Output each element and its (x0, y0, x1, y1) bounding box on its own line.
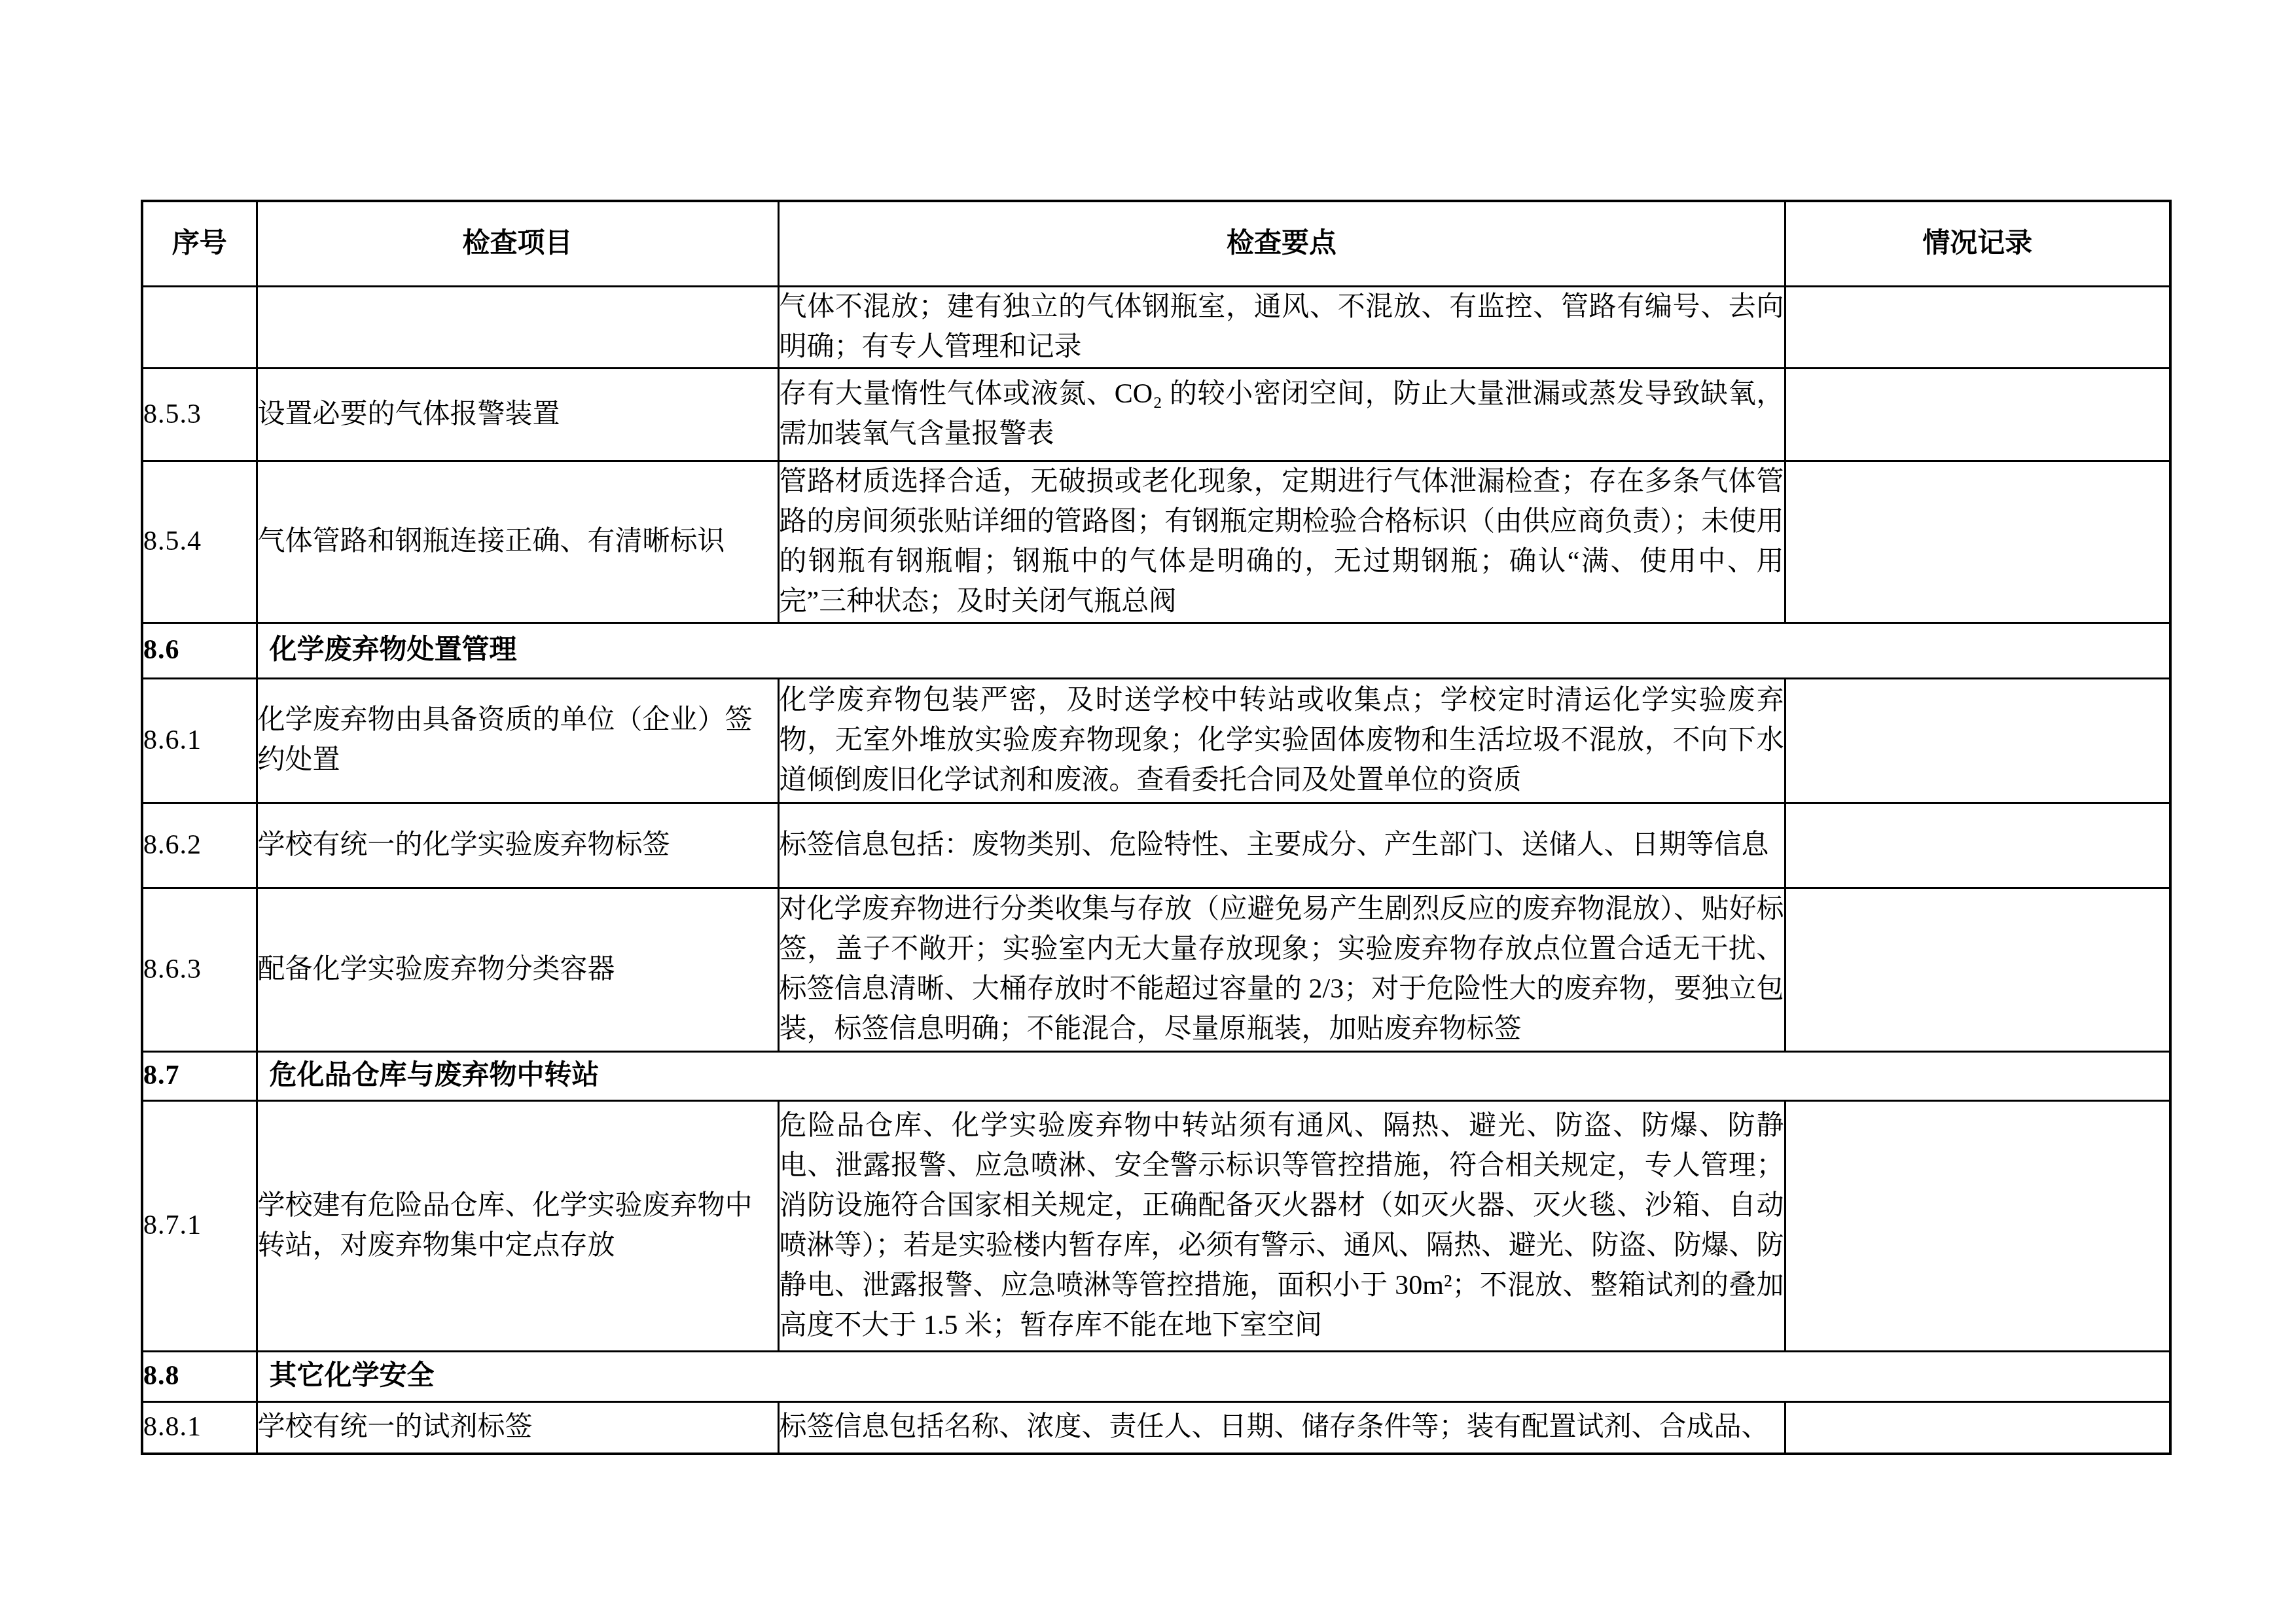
column-header-points: 检查要点 (778, 201, 1785, 286)
row-number-cell: 8.6.3 (142, 888, 257, 1051)
record-cell (1785, 1401, 2170, 1454)
row-number-cell: 8.6.1 (142, 678, 257, 803)
check-row: 8.6.1化学废弃物由具备资质的单位（企业）签约处置化学废弃物包装严密，及时送学… (142, 678, 2170, 803)
check-row: 8.5.3设置必要的气体报警装置存有大量惰性气体或液氮、CO₂ 的较小密闭空间，… (142, 368, 2170, 461)
check-points-cell: 危险品仓库、化学实验废弃物中转站须有通风、隔热、避光、防盗、防爆、防静电、泄露报… (778, 1100, 1785, 1351)
row-number-cell (142, 286, 257, 368)
check-points-cell: 气体不混放；建有独立的气体钢瓶室，通风、不混放、有监控、管路有编号、去向明确；有… (778, 286, 1785, 368)
record-cell (1785, 803, 2170, 888)
column-header-no: 序号 (142, 201, 257, 286)
check-row: 气体不混放；建有独立的气体钢瓶室，通风、不混放、有监控、管路有编号、去向明确；有… (142, 286, 2170, 368)
section-number-cell: 8.7 (142, 1051, 257, 1100)
check-item-cell: 化学废弃物由具备资质的单位（企业）签约处置 (257, 678, 778, 803)
check-item-cell: 学校有统一的化学实验废弃物标签 (257, 803, 778, 888)
check-row: 8.7.1学校建有危险品仓库、化学实验废弃物中转站，对废弃物集中定点存放危险品仓… (142, 1100, 2170, 1351)
check-row: 8.6.2学校有统一的化学实验废弃物标签标签信息包括：废物类别、危险特性、主要成… (142, 803, 2170, 888)
column-header-record: 情况记录 (1785, 201, 2170, 286)
document-page: 序号 检查项目 检查要点 情况记录 气体不混放；建有独立的气体钢瓶室，通风、不混… (0, 0, 2296, 1624)
record-cell (1785, 1100, 2170, 1351)
section-number-cell: 8.6 (142, 623, 257, 678)
record-cell (1785, 678, 2170, 803)
check-points-cell: 化学废弃物包装严密，及时送学校中转站或收集点；学校定时清运化学实验废弃物，无室外… (778, 678, 1785, 803)
check-points-cell: 管路材质选择合适，无破损或老化现象，定期进行气体泄漏检查；存在多条气体管路的房间… (778, 461, 1785, 623)
record-cell (1785, 286, 2170, 368)
row-number-cell: 8.6.2 (142, 803, 257, 888)
table-header-row: 序号 检查项目 检查要点 情况记录 (142, 201, 2170, 286)
check-points-cell: 对化学废弃物进行分类收集与存放（应避免易产生剧烈反应的废弃物混放）、贴好标签，盖… (778, 888, 1785, 1051)
check-item-cell: 学校建有危险品仓库、化学实验废弃物中转站，对废弃物集中定点存放 (257, 1100, 778, 1351)
row-number-cell: 8.7.1 (142, 1100, 257, 1351)
record-cell (1785, 888, 2170, 1051)
check-item-cell: 气体管路和钢瓶连接正确、有清晰标识 (257, 461, 778, 623)
inspection-checklist-table: 序号 检查项目 检查要点 情况记录 气体不混放；建有独立的气体钢瓶室，通风、不混… (141, 200, 2172, 1455)
record-cell (1785, 461, 2170, 623)
record-cell (1785, 368, 2170, 461)
check-item-cell: 学校有统一的试剂标签 (257, 1401, 778, 1454)
check-points-cell: 标签信息包括：废物类别、危险特性、主要成分、产生部门、送储人、日期等信息 (778, 803, 1785, 888)
section-row: 8.8其它化学安全 (142, 1351, 2170, 1401)
section-row: 8.6化学废弃物处置管理 (142, 623, 2170, 678)
row-number-cell: 8.8.1 (142, 1401, 257, 1454)
check-item-cell: 配备化学实验废弃物分类容器 (257, 888, 778, 1051)
row-number-cell: 8.5.4 (142, 461, 257, 623)
check-points-cell: 存有大量惰性气体或液氮、CO₂ 的较小密闭空间，防止大量泄漏或蒸发导致缺氧，需加… (778, 368, 1785, 461)
section-title-cell: 其它化学安全 (257, 1351, 2170, 1401)
check-item-cell (257, 286, 778, 368)
section-row: 8.7危化品仓库与废弃物中转站 (142, 1051, 2170, 1100)
check-row: 8.5.4气体管路和钢瓶连接正确、有清晰标识管路材质选择合适，无破损或老化现象，… (142, 461, 2170, 623)
column-header-item: 检查项目 (257, 201, 778, 286)
check-row: 8.6.3配备化学实验废弃物分类容器对化学废弃物进行分类收集与存放（应避免易产生… (142, 888, 2170, 1051)
section-title-cell: 危化品仓库与废弃物中转站 (257, 1051, 2170, 1100)
check-row: 8.8.1学校有统一的试剂标签标签信息包括名称、浓度、责任人、日期、储存条件等；… (142, 1401, 2170, 1454)
check-points-cell: 标签信息包括名称、浓度、责任人、日期、储存条件等；装有配置试剂、合成品、 (778, 1401, 1785, 1454)
section-number-cell: 8.8 (142, 1351, 257, 1401)
table-body: 气体不混放；建有独立的气体钢瓶室，通风、不混放、有监控、管路有编号、去向明确；有… (142, 286, 2170, 1454)
section-title-cell: 化学废弃物处置管理 (257, 623, 2170, 678)
row-number-cell: 8.5.3 (142, 368, 257, 461)
check-item-cell: 设置必要的气体报警装置 (257, 368, 778, 461)
